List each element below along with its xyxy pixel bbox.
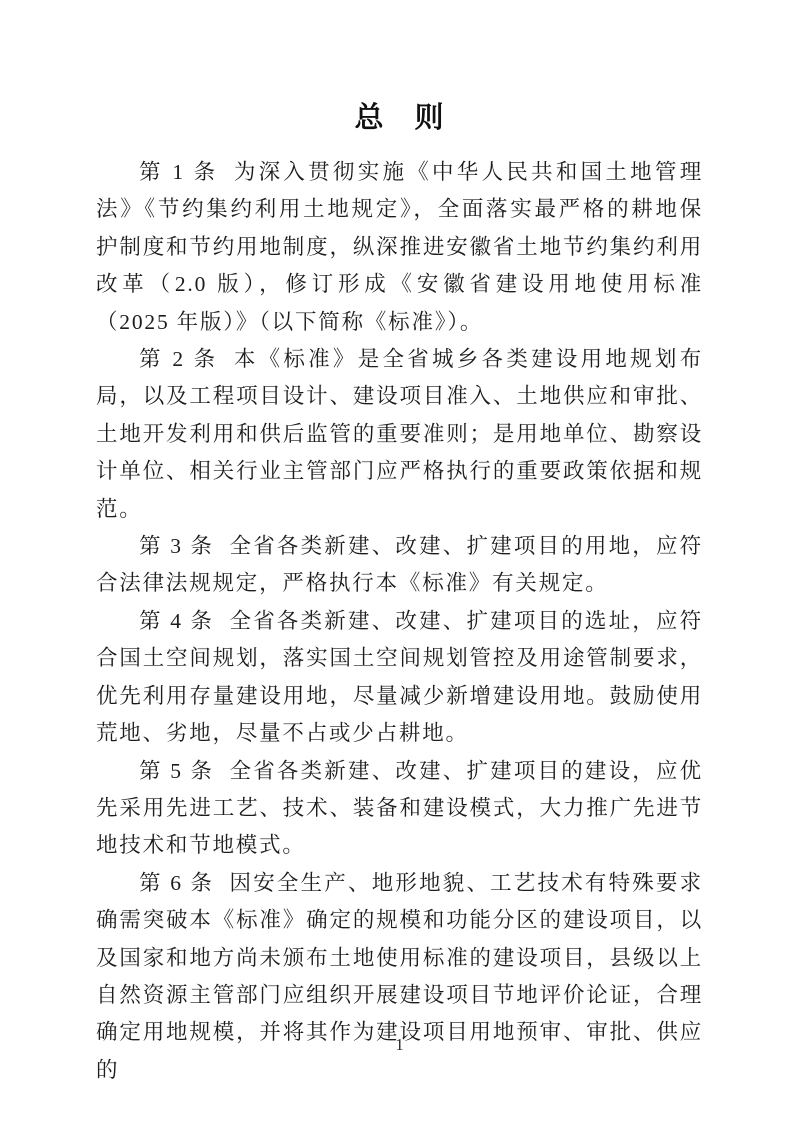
page-footer: 1	[96, 1032, 703, 1058]
article-1: 第 1 条为深入贯彻实施《中华人民共和国土地管理法》《节约集约利用土地规定》，全…	[96, 154, 703, 341]
article-4-number: 第 4 条	[139, 609, 214, 633]
document-page: 总 则 第 1 条为深入贯彻实施《中华人民共和国土地管理法》《节约集约利用土地规…	[0, 0, 794, 1122]
article-5: 第 5 条全省各类新建、改建、扩建项目的建设，应优先采用先进工艺、技术、装备和建…	[96, 753, 703, 865]
article-3: 第 3 条全省各类新建、改建、扩建项目的用地，应符合法律法规规定，严格执行本《标…	[96, 528, 703, 603]
article-1-text: 为深入贯彻实施《中华人民共和国土地管理法》《节约集约利用土地规定》，全面落实最严…	[96, 160, 703, 334]
article-1-number: 第 1 条	[139, 160, 218, 184]
article-6-number: 第 6 条	[139, 871, 214, 895]
page-title: 总 则	[96, 96, 703, 140]
document-body: 第 1 条为深入贯彻实施《中华人民共和国土地管理法》《节约集约利用土地规定》，全…	[96, 154, 703, 1089]
page-number: 1	[395, 1035, 404, 1054]
article-3-number: 第 3 条	[139, 534, 214, 558]
article-2: 第 2 条本《标准》是全省城乡各类建设用地规划布局，以及工程项目设计、建设项目准…	[96, 341, 703, 528]
article-2-number: 第 2 条	[139, 347, 218, 371]
article-4: 第 4 条全省各类新建、改建、扩建项目的选址，应符合国土空间规划，落实国土空间规…	[96, 603, 703, 753]
article-5-number: 第 5 条	[139, 759, 214, 783]
article-2-text: 本《标准》是全省城乡各类建设用地规划布局，以及工程项目设计、建设项目准入、土地供…	[96, 347, 703, 521]
